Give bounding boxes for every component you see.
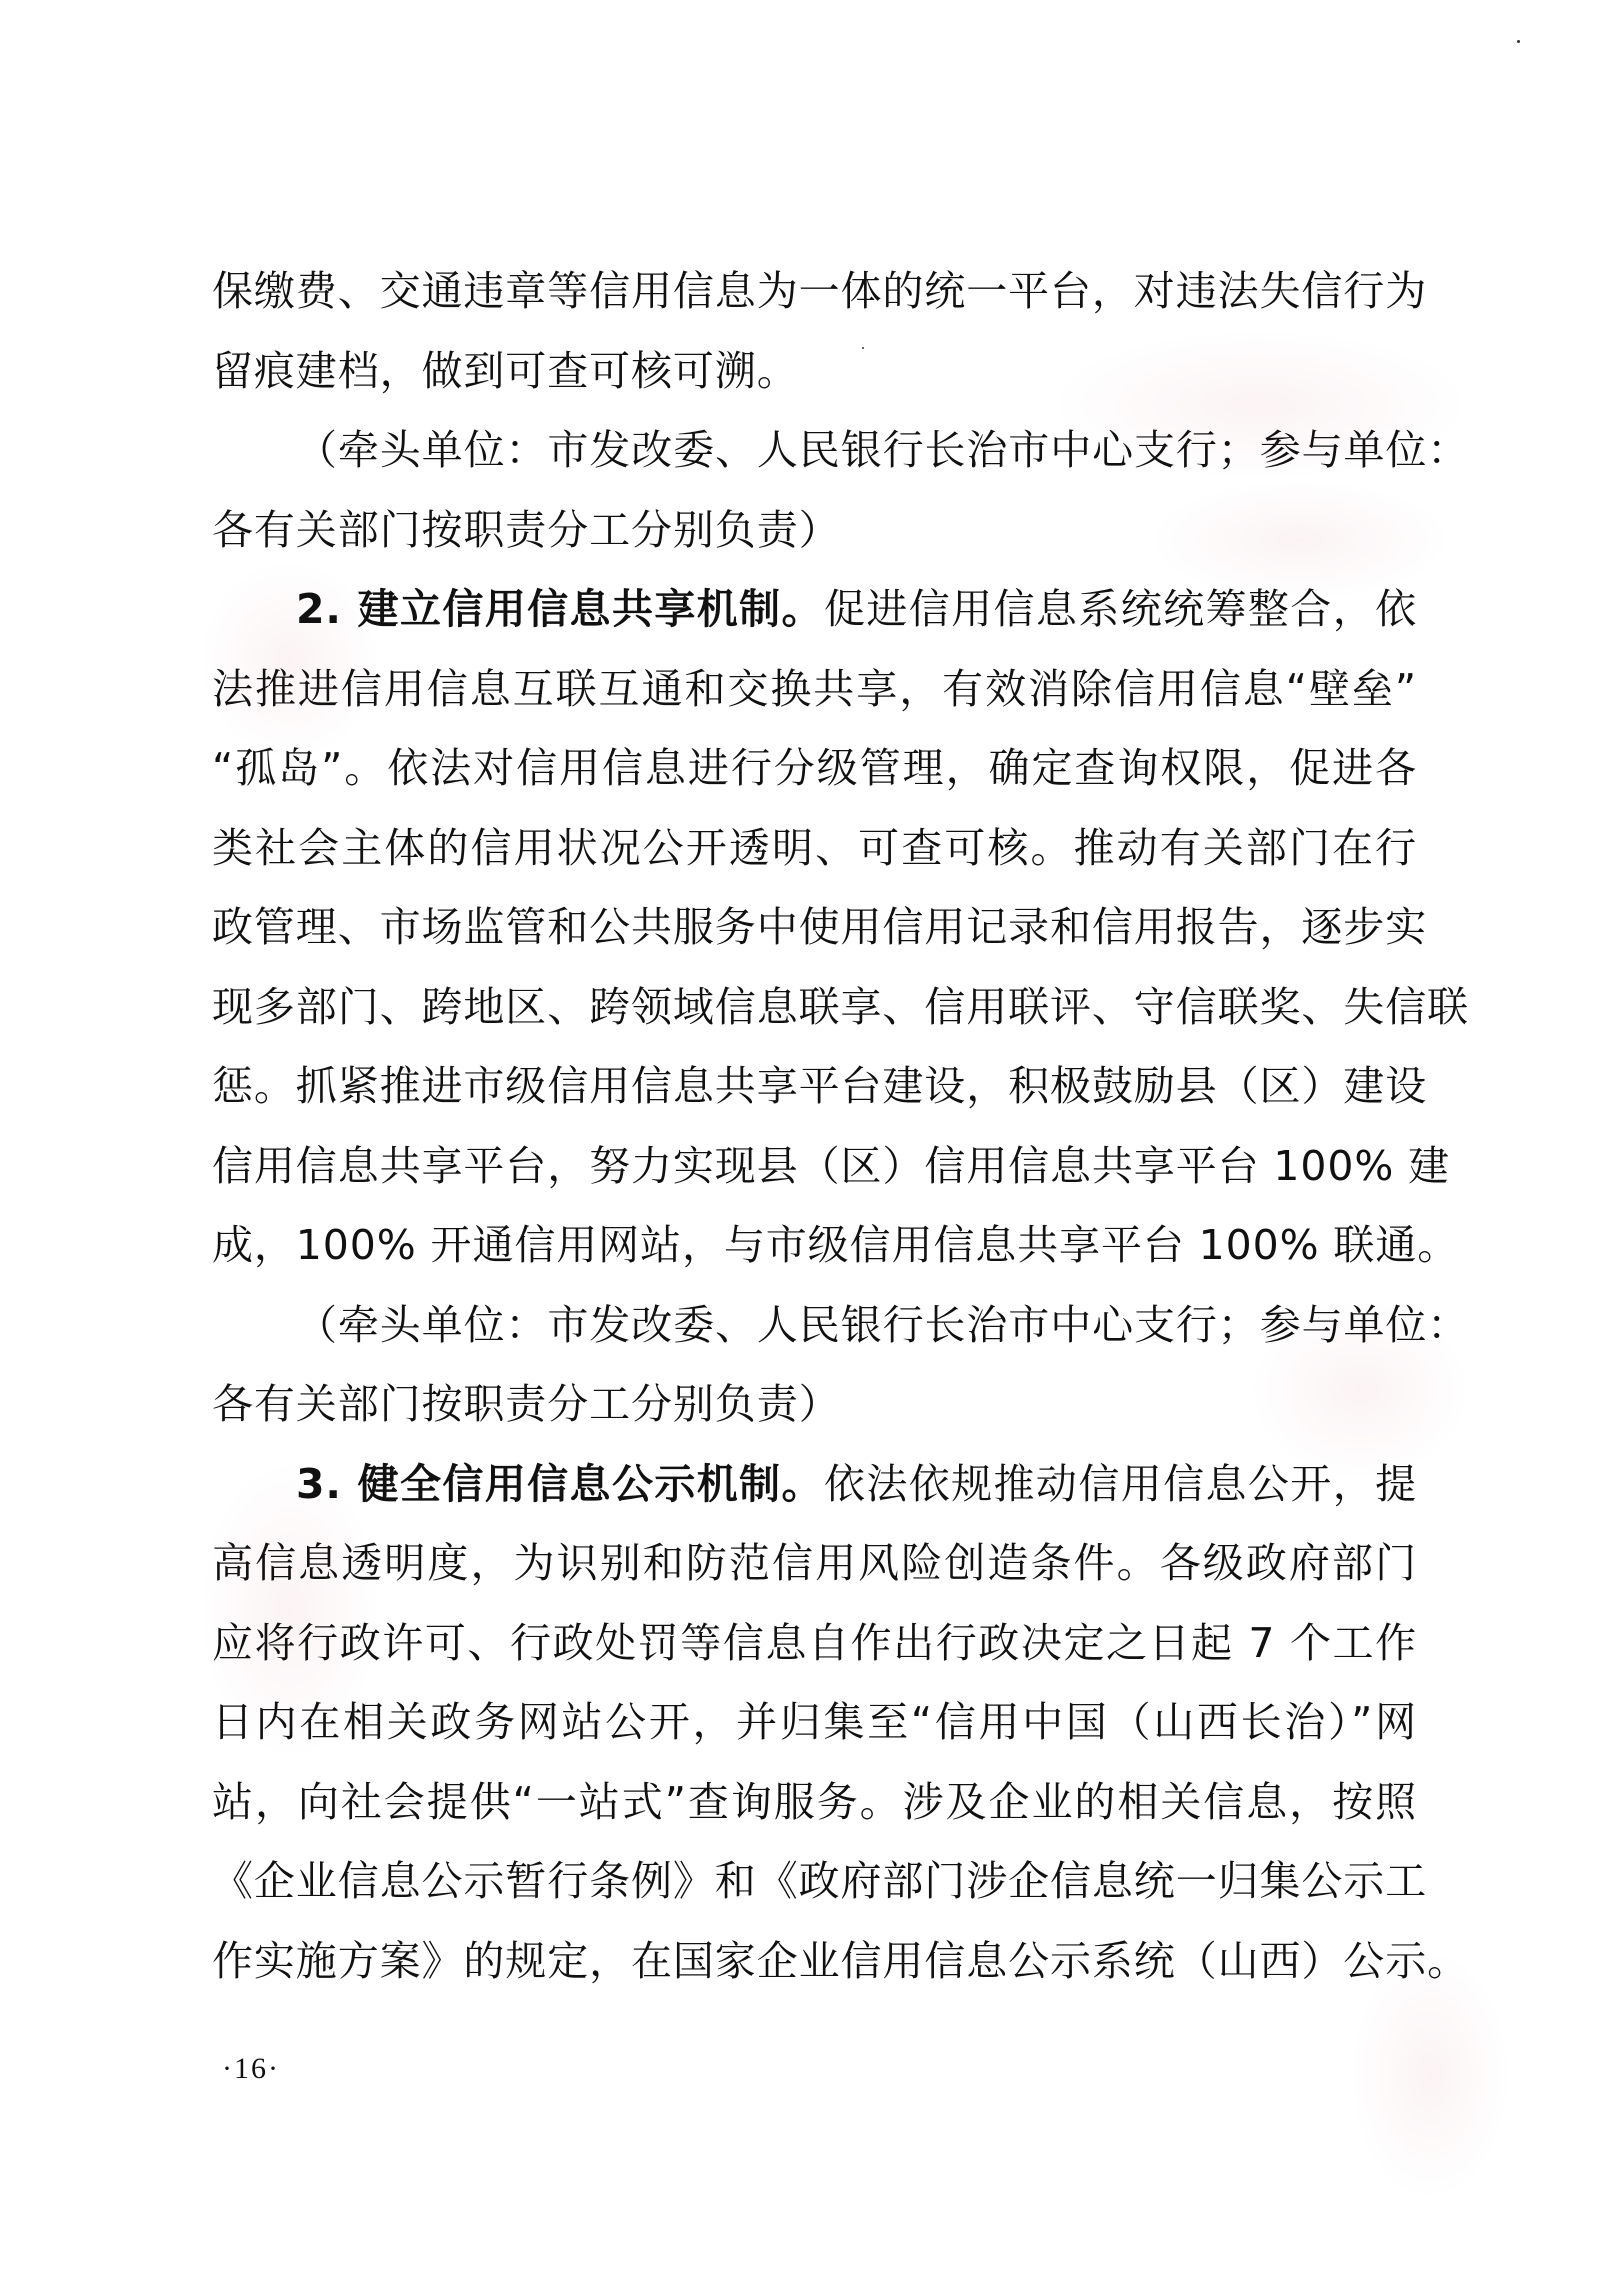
- text-line: 《企业信息公示暂行条例》和《政府部门涉企信息统一归集公示工: [212, 1842, 1417, 1922]
- text-line: 站，向社会提供“一站式”查询服务。涉及企业的相关信息，按照: [212, 1763, 1417, 1843]
- paragraph-item-3: 3. 健全信用信息公示机制。依法依规推动信用信息公开，提 高信息透明度，为识别和…: [212, 1445, 1417, 2002]
- text-run: 依法依规推动信用信息公开，提: [824, 1460, 1417, 1508]
- paragraph-continuation: 保缴费、交通违章等信用信息为一体的统一平台，对违法失信行为 留痕建档，做到可查可…: [212, 252, 1417, 411]
- text-line: 成，100% 开通信用网站，与市级信用信息共享平台 100% 联通。: [212, 1206, 1417, 1286]
- item-heading: 3. 健全信用信息公示机制。: [296, 1460, 824, 1508]
- text-run: 促进信用信息系统统筹整合，依: [824, 585, 1417, 633]
- text-line: 留痕建档，做到可查可核可溯。: [212, 332, 1417, 412]
- page-number: ·16·: [222, 2052, 280, 2086]
- text-line: 作实施方案》的规定，在国家企业信用信息公示系统（山西）公示。: [212, 1922, 1417, 2002]
- text-line: 各有关部门按职责分工分别负责）: [212, 1365, 1417, 1445]
- text-line: 2. 建立信用信息共享机制。促进信用信息系统统筹整合，依: [212, 570, 1417, 650]
- text-line: 日内在相关政务网站公开，并归集至“信用中国（山西长治）”网: [212, 1683, 1417, 1763]
- text-line: 类社会主体的信用状况公开透明、可查可核。推动有关部门在行: [212, 809, 1417, 889]
- item-heading: 2. 建立信用信息共享机制。: [296, 585, 824, 633]
- scan-speck: [1517, 40, 1520, 43]
- paragraph-item-2: 2. 建立信用信息共享机制。促进信用信息系统统筹整合，依 法推进信用信息互联互通…: [212, 570, 1417, 1286]
- text-line: 保缴费、交通违章等信用信息为一体的统一平台，对违法失信行为: [212, 252, 1417, 332]
- paragraph-responsible-units: （牵头单位：市发改委、人民银行长治市中心支行；参与单位： 各有关部门按职责分工分…: [212, 411, 1417, 570]
- text-line: （牵头单位：市发改委、人民银行长治市中心支行；参与单位：: [212, 411, 1417, 491]
- text-line: 各有关部门按职责分工分别负责）: [212, 491, 1417, 571]
- body-text: 保缴费、交通违章等信用信息为一体的统一平台，对违法失信行为 留痕建档，做到可查可…: [212, 252, 1417, 2001]
- text-line: 应将行政许可、行政处罚等信息自作出行政决定之日起 7 个工作: [212, 1604, 1417, 1684]
- paragraph-responsible-units: （牵头单位：市发改委、人民银行长治市中心支行；参与单位： 各有关部门按职责分工分…: [212, 1286, 1417, 1445]
- text-line: 惩。抓紧推进市级信用信息共享平台建设，积极鼓励县（区）建设: [212, 1047, 1417, 1127]
- text-line: 3. 健全信用信息公示机制。依法依规推动信用信息公开，提: [212, 1445, 1417, 1525]
- text-line: 法推进信用信息互联互通和交换共享，有效消除信用信息“壁垒”: [212, 650, 1417, 730]
- text-line: “孤岛”。依法对信用信息进行分级管理，确定查询权限，促进各: [212, 729, 1417, 809]
- document-page: 保缴费、交通违章等信用信息为一体的统一平台，对违法失信行为 留痕建档，做到可查可…: [0, 0, 1600, 2272]
- text-line: 信用信息共享平台，努力实现县（区）信用信息共享平台 100% 建: [212, 1127, 1417, 1207]
- text-line: 政管理、市场监管和公共服务中使用信用记录和信用报告，逐步实: [212, 888, 1417, 968]
- text-line: 现多部门、跨地区、跨领域信息联享、信用联评、守信联奖、失信联: [212, 968, 1417, 1048]
- text-line: 高信息透明度，为识别和防范信用风险创造条件。各级政府部门: [212, 1524, 1417, 1604]
- text-line: （牵头单位：市发改委、人民银行长治市中心支行；参与单位：: [212, 1286, 1417, 1366]
